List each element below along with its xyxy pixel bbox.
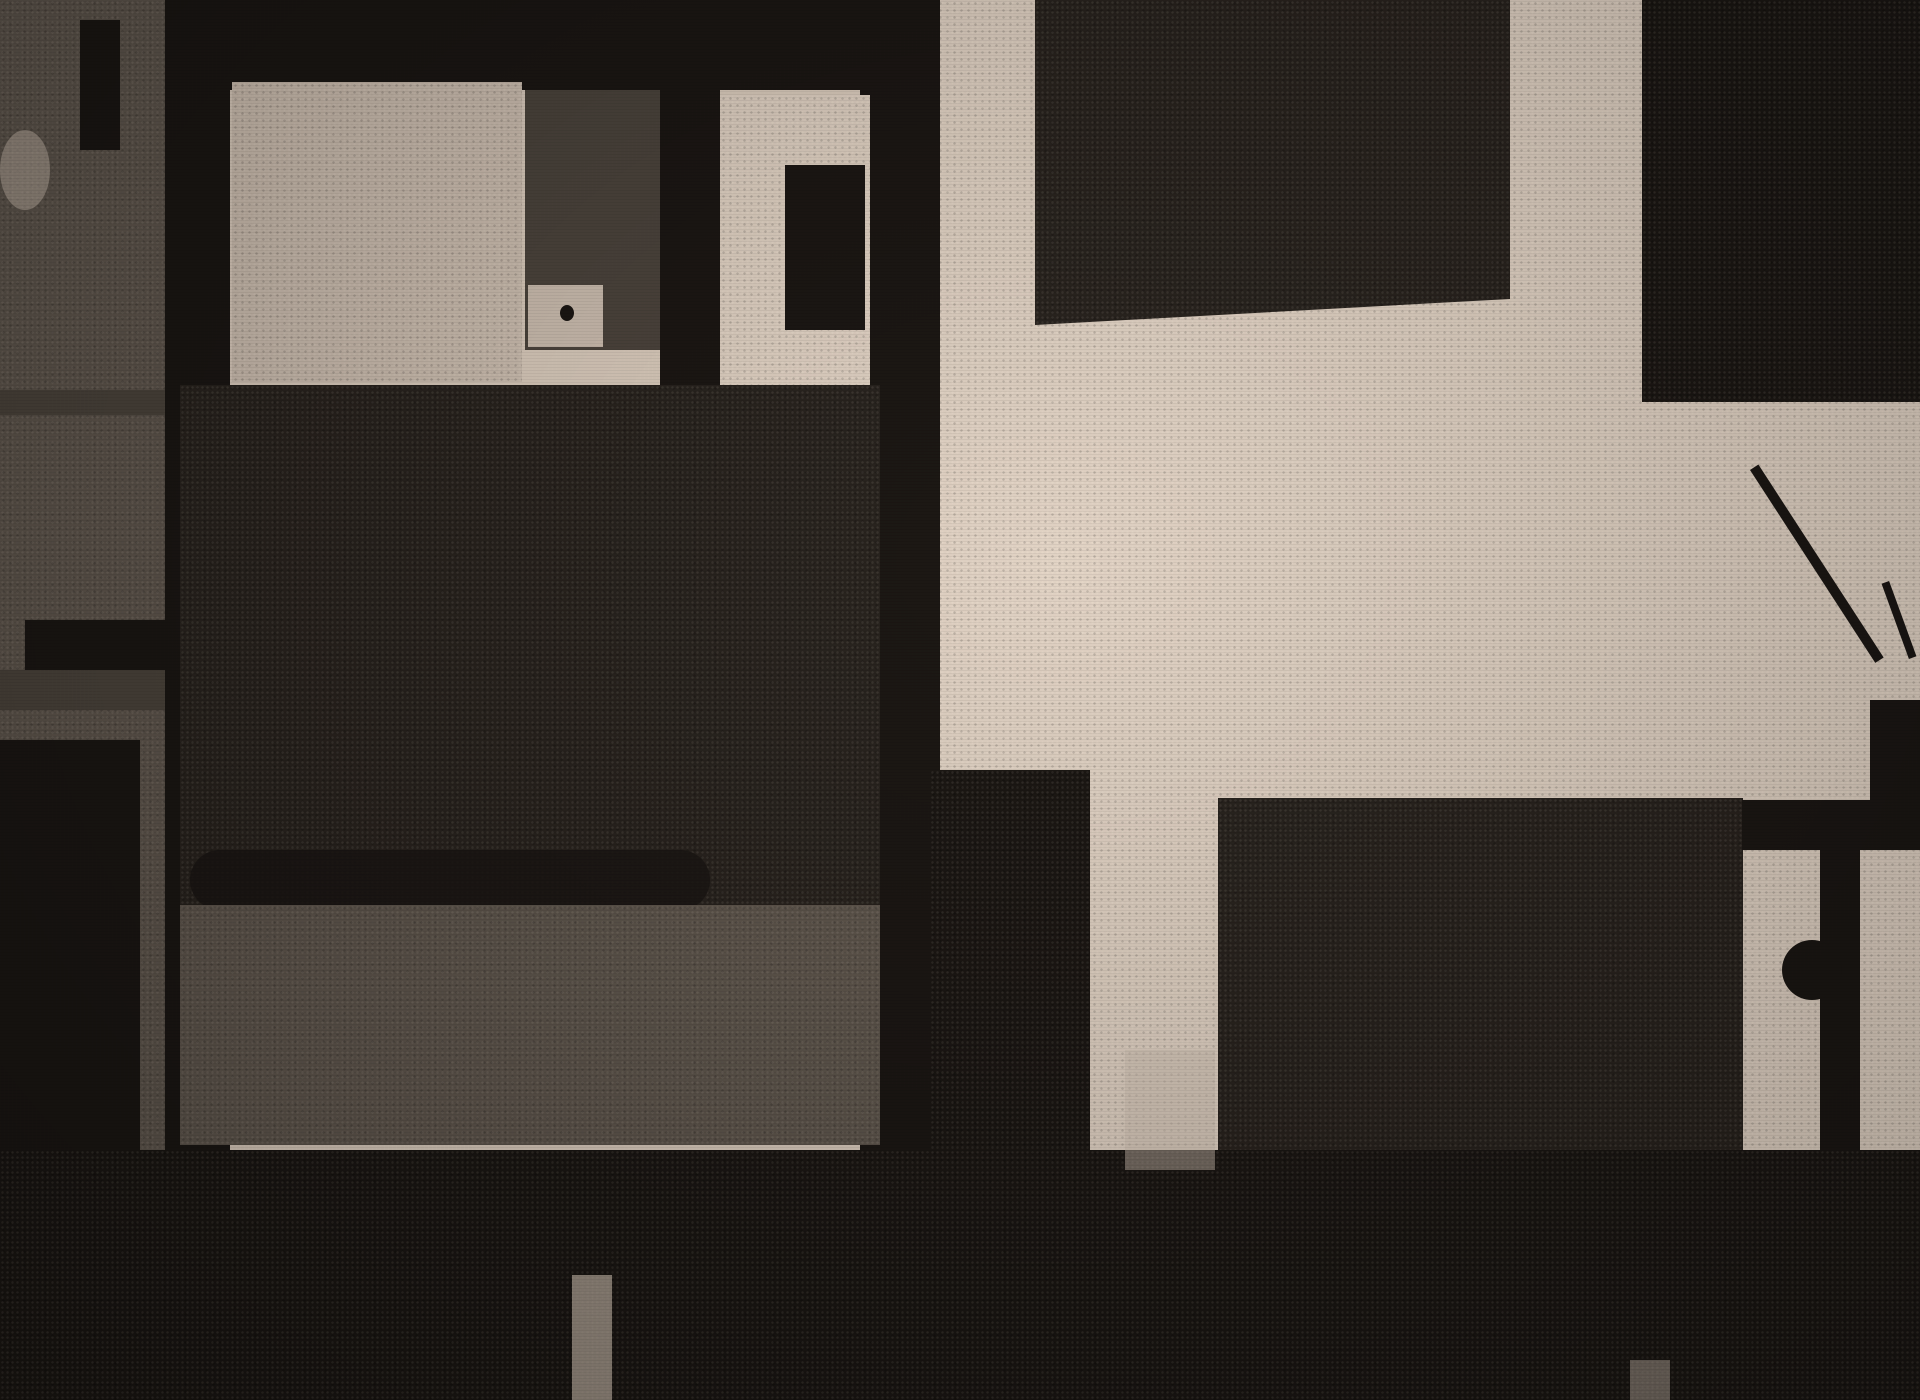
floor-highlight <box>572 1275 612 1400</box>
floor-highlight <box>1630 1360 1670 1400</box>
easel-center-bar <box>660 0 720 390</box>
floor-highlight <box>1125 1050 1215 1170</box>
right-edge-object <box>1870 700 1920 820</box>
lower-canvas <box>180 905 880 1145</box>
left-shelf-objects <box>25 620 175 670</box>
clip-hole <box>560 305 574 321</box>
canvas-shadow-band <box>190 850 710 910</box>
hanging-painting-right <box>1642 0 1920 402</box>
studio-photograph <box>0 0 1920 1400</box>
left-shelf-board <box>0 390 175 415</box>
left-cabinet <box>0 670 170 710</box>
left-lamp-globe <box>0 130 50 210</box>
hanging-painting-top <box>1035 0 1510 325</box>
large-dark-canvas <box>180 385 880 905</box>
left-shelf-post <box>80 20 120 150</box>
stool-knob <box>1782 940 1842 1000</box>
easel-frame-top <box>165 0 865 90</box>
light-canvas <box>232 82 522 382</box>
small-framed-portrait <box>785 165 865 330</box>
